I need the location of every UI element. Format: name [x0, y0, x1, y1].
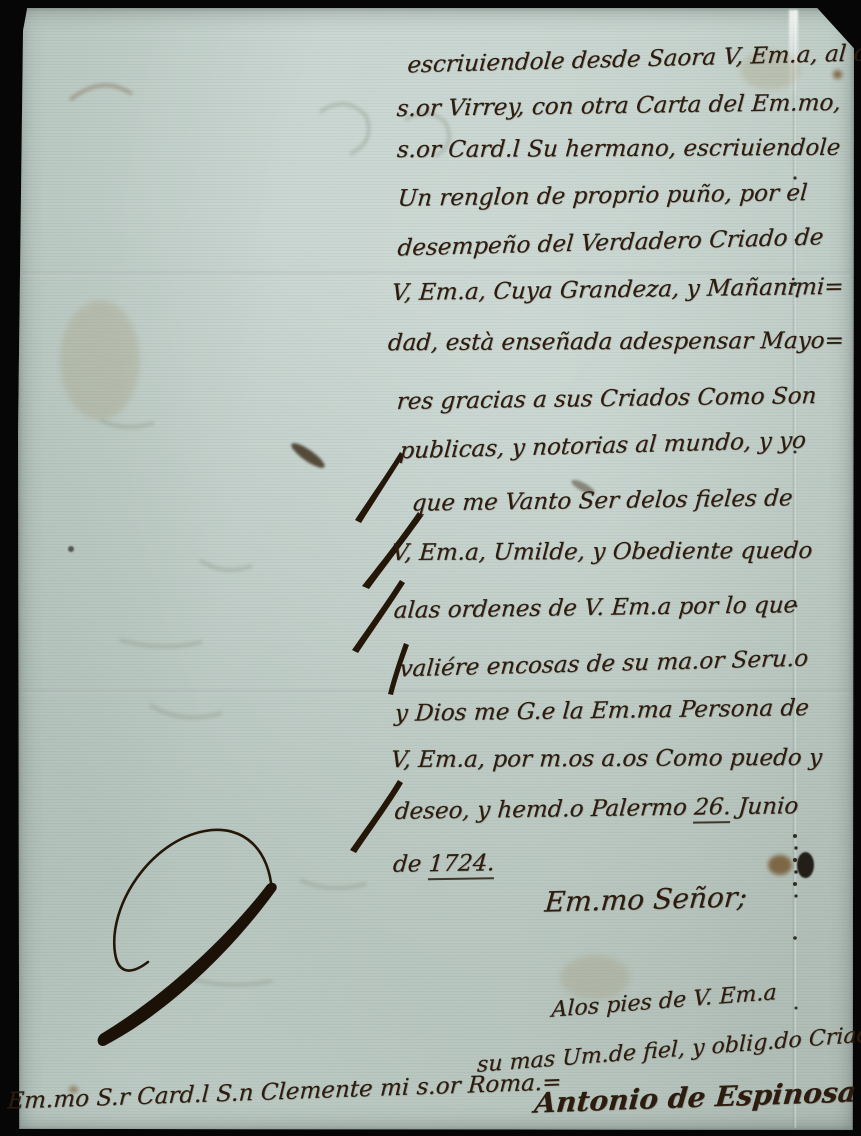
manuscript-line: V, Em.a, Umilde, y Obediente quedo: [391, 537, 813, 568]
paper-spot: [833, 70, 842, 79]
year-underlined: 1724.: [427, 850, 495, 880]
manuscript-year-line: de 1724.: [392, 849, 496, 879]
paper-spot: [68, 546, 74, 552]
manuscript-date-line: deseo, y hemd.o Palermo 26. Junio: [394, 792, 800, 826]
manuscript-line: V, Em.a, por m.os a.os Como puedo y: [390, 744, 823, 775]
manuscript-line: s.or Card.l Su hermano, escriuiendole: [396, 134, 841, 165]
salutation: Em.mo Señor;: [543, 879, 748, 919]
manuscript-line: res gracias a sus Criados Como Son: [396, 382, 818, 417]
manuscript-line: y Dios me G.e la Em.ma Persona de: [394, 694, 810, 729]
date-month: Junio: [730, 793, 799, 820]
ink-stain: [768, 855, 792, 875]
year-prefix: de: [392, 851, 430, 877]
scanned-document-view: { "letter": { "language": "Spanish", "bo…: [0, 0, 861, 1136]
horizontal-crease: [22, 690, 850, 694]
date-day-underlined: 26.: [693, 794, 732, 824]
manuscript-line: dad, està enseñada adespensar Mayo=: [387, 327, 845, 358]
date-text: deseo, y hemd.o Palermo: [394, 795, 695, 825]
ink-blot: [797, 852, 814, 878]
manuscript-line: alas ordenes de V. Em.a por lo que: [393, 591, 799, 625]
manuscript-line: que me Vanto Ser delos fieles de: [411, 484, 794, 518]
manuscript-page: [18, 8, 854, 1130]
manuscript-line: Un renglon de proprio puño, por el: [397, 179, 809, 213]
paper-stain: [60, 300, 140, 420]
vertical-fold-crease: [793, 10, 797, 1128]
